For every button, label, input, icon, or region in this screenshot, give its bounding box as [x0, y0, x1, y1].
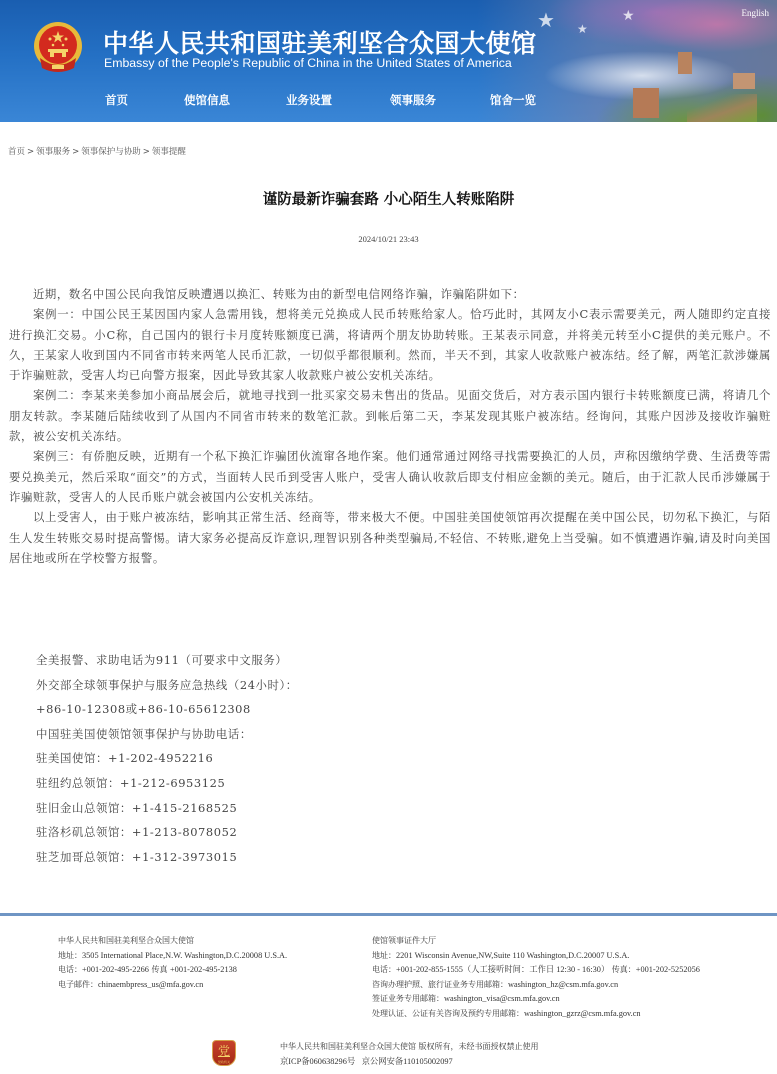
footer-passport-email: 咨询办理护照、旅行证业务专用邮箱：washington_hz@csm.mfa.g… [372, 978, 700, 993]
contact-line-chicago: 驻芝加哥总领馆：+1-312-3973015 [36, 847, 298, 872]
breadcrumb: 首页>领事服务>领事保护与协助>领事提醒 [8, 145, 186, 157]
article-body: 近期，数名中国公民向我馆反映遭遇以换汇、转账为由的新型电信网络诈骗，诈骗陷阱如下… [9, 284, 771, 568]
footer-consular-hall-name: 使馆领事证件大厅 [372, 934, 700, 949]
footer-visa-email-link[interactable]: washington_visa@csm.mfa.gov.cn [444, 994, 560, 1003]
footer-visa-email: 签证业务专用邮箱：washington_visa@csm.mfa.gov.cn [372, 992, 700, 1007]
footer-consular-hall-info: 使馆领事证件大厅 地址：2201 Wisconsin Avenue,NW,Sui… [372, 934, 700, 1022]
star-icon: ★ [537, 8, 555, 32]
article-paragraph-case-3: 案例三：有侨胞反映，近期有一个私下换汇诈骗团伙流窜各地作案。他们通常通过网络寻找… [9, 446, 771, 507]
breadcrumb-home[interactable]: 首页 [8, 147, 25, 157]
contact-line-los-angeles: 驻洛杉矶总领馆：+1-213-8078052 [36, 822, 298, 847]
nav-item-departments[interactable]: 业务设置 [286, 92, 332, 108]
footer-embassy-email-link[interactable]: chinaembpress_us@mfa.gov.cn [98, 980, 203, 989]
contact-line-consulates-label: 中国驻美国使领馆领事保护与协助电话： [36, 724, 298, 749]
police-record-link[interactable]: 京公网安备110105002097 [362, 1057, 453, 1066]
contact-line-new-york: 驻纽约总领馆：+1-212-6953125 [36, 773, 298, 798]
nav-item-embassy-info[interactable]: 使馆信息 [184, 92, 230, 108]
contact-line-san-francisco: 驻旧金山总领馆：+1-415-2168525 [36, 798, 298, 823]
wall-image [687, 94, 757, 122]
site-header: ★ ★ ★ 中华人民共和国驻美利坚合众国大使馆 Embassy of the P… [0, 0, 777, 122]
footer-copyright: 中华人民共和国驻美利坚合众国大使馆 版权所有，未经书面授权禁止使用 京ICP备0… [280, 1040, 539, 1069]
emergency-contacts: 全美报警、求助电话为911（可要求中文服务） 外交部全球领事保护与服务应急热线（… [36, 650, 298, 871]
breadcrumb-separator: > [72, 147, 79, 157]
icp-record-link[interactable]: 京ICP备060638296号 [280, 1057, 355, 1066]
wall-tower-image [633, 88, 659, 118]
copyright-text: 中华人民共和国驻美利坚合众国大使馆 版权所有，未经书面授权禁止使用 [280, 1040, 539, 1055]
national-emblem-icon[interactable] [30, 20, 86, 76]
footer-embassy-info: 中华人民共和国驻美利坚合众国大使馆 地址：3505 International … [58, 934, 287, 992]
government-site-badge-icon[interactable]: 党 党政机关 [212, 1040, 236, 1066]
footer-divider [0, 913, 777, 916]
footer-consular-hall-phone: 电话：+001-202-855-1555（人工接听时间：工作日 12:30 - … [372, 963, 700, 978]
breadcrumb-consular-reminders[interactable]: 领事提醒 [152, 147, 186, 157]
wall-tower-image [678, 52, 692, 74]
footer-embassy-name: 中华人民共和国驻美利坚合众国大使馆 [58, 934, 287, 949]
footer-embassy-email: 电子邮件：chinaembpress_us@mfa.gov.cn [58, 978, 287, 993]
breadcrumb-separator: > [143, 147, 150, 157]
contact-line-embassy: 驻美国使馆：+1-202-4952216 [36, 748, 298, 773]
footer-passport-email-link[interactable]: washington_hz@csm.mfa.gov.cn [508, 980, 618, 989]
article-paragraph-case-2: 案例二：李某来美参加小商品展会后，就地寻找到一批买家交易未售出的货品。见面交货后… [9, 385, 771, 446]
article-title: 谨防最新诈骗套路 小心陌生人转账陷阱 [0, 188, 777, 209]
breadcrumb-consular-services[interactable]: 领事服务 [36, 147, 70, 157]
record-numbers: 京ICP备060638296号 京公网安备110105002097 [280, 1055, 539, 1070]
wall-tower-image [733, 73, 755, 89]
footer-embassy-phone: 电话：+001-202-495-2266 传真 +001-202-495-213… [58, 963, 287, 978]
contact-line-hotline-numbers: +86-10-12308或+86-10-65612308 [36, 699, 298, 724]
breadcrumb-consular-protection[interactable]: 领事保护与协助 [81, 147, 141, 157]
footer-notary-email-link[interactable]: washington_gzrz@csm.mfa.gov.cn [524, 1009, 641, 1018]
article-paragraph-case-1: 案例一：中国公民王某因国内家人急需用钱，想将美元兑换成人民币转账给家人。恰巧此时… [9, 304, 771, 385]
article-paragraph-intro: 近期，数名中国公民向我馆反映遭遇以换汇、转账为由的新型电信网络诈骗，诈骗陷阱如下… [9, 284, 771, 304]
main-nav: 首页 使馆信息 业务设置 领事服务 馆舍一览 [0, 92, 600, 112]
contact-line-911: 全美报警、求助电话为911（可要求中文服务） [36, 650, 298, 675]
footer-consular-hall-address: 地址：2201 Wisconsin Avenue,NW,Suite 110 Wa… [372, 949, 700, 964]
article-date: 2024/10/21 23:43 [0, 234, 777, 244]
nav-item-consular-services[interactable]: 领事服务 [390, 92, 436, 108]
star-icon: ★ [622, 8, 635, 24]
breadcrumb-separator: > [27, 147, 34, 157]
star-icon: ★ [577, 22, 588, 36]
article-paragraph-conclusion: 以上受害人，由于账户被冻结，影响其正常生活、经商等，带来极大不便。中国驻美国使领… [9, 507, 771, 568]
contact-line-hotline-label: 外交部全球领事保护与服务应急热线（24小时）： [36, 675, 298, 700]
site-title-chinese: 中华人民共和国驻美利坚合众国大使馆 [103, 24, 537, 60]
site-title-english: Embassy of the People's Republic of Chin… [104, 56, 512, 70]
english-language-link[interactable]: English [741, 8, 769, 18]
nav-item-premises[interactable]: 馆舍一览 [490, 92, 536, 108]
nav-item-home[interactable]: 首页 [105, 92, 128, 108]
footer-embassy-address: 地址：3505 International Place,N.W. Washing… [58, 949, 287, 964]
footer-notary-email: 处理认证、公证有关咨询及预约专用邮箱：washington_gzrz@csm.m… [372, 1007, 700, 1022]
